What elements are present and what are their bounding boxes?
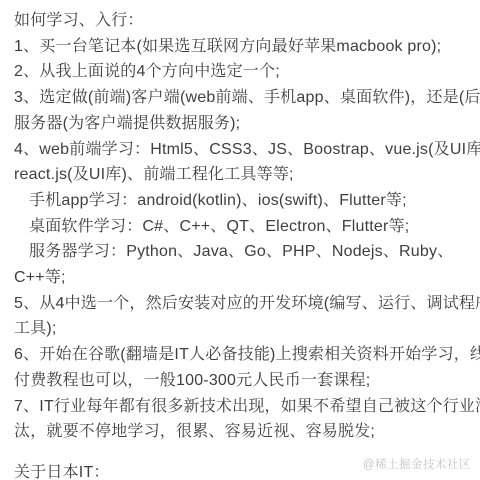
list-item-6: 6、开始在谷歌(翻墙是IT人必备技能)上搜索相关资料开始学习，线上 (14, 342, 476, 368)
list-item-5: 5、从4中选一个，然后安装对应的开发环境(编写、运行、调试程序的 (14, 291, 476, 317)
list-item-6-continued: 付费教程也可以，一般100-300元人民币一套课程; (14, 368, 476, 394)
list-item-3: 3、选定做(前端)客户端(web前端、手机app、桌面软件)，还是(后端) (14, 85, 476, 111)
section-heading: 如何学习、入行： (14, 8, 476, 34)
sub-item-mobile-app: 手机app学习：android(kotlin)、ios(swift)、Flutt… (14, 188, 476, 214)
sub-item-desktop-software: 桌面软件学习：C#、C++、QT、Electron、Flutter等; (14, 214, 476, 240)
list-item-5-continued: 工具); (14, 316, 476, 342)
sub-item-server: 服务器学习：Python、Java、Go、PHP、Nodejs、Ruby、 (14, 239, 476, 265)
article-body: 如何学习、入行： 1、买一台笔记本(如果选互联网方向最好苹果macbook pr… (14, 8, 476, 480)
watermark-text: @稀土掘金技术社区 (363, 460, 471, 472)
list-item-7-continued: 汰，就要不停地学习，很累、容易近视、容易脱发; (14, 419, 476, 445)
list-item-4-continued: react.js(及UI库)、前端工程化工具等等; (14, 162, 476, 188)
list-item-1: 1、买一台笔记本(如果选互联网方向最好苹果macbook pro); (14, 34, 476, 60)
list-item-7: 7、IT行业每年都有很多新技术出现，如果不希望自己被这个行业淘 (14, 394, 476, 420)
list-item-4: 4、web前端学习：Html5、CSS3、JS、Boostrap、vue.js(… (14, 137, 476, 163)
sub-item-server-continued: C++等; (14, 265, 476, 291)
list-item-3-continued: 服务器(为客户端提供数据服务); (14, 111, 476, 137)
list-item-2: 2、从我上面说的4个方向中选定一个; (14, 59, 476, 85)
article-page: 如何学习、入行： 1、买一台笔记本(如果选互联网方向最好苹果macbook pr… (0, 0, 480, 480)
